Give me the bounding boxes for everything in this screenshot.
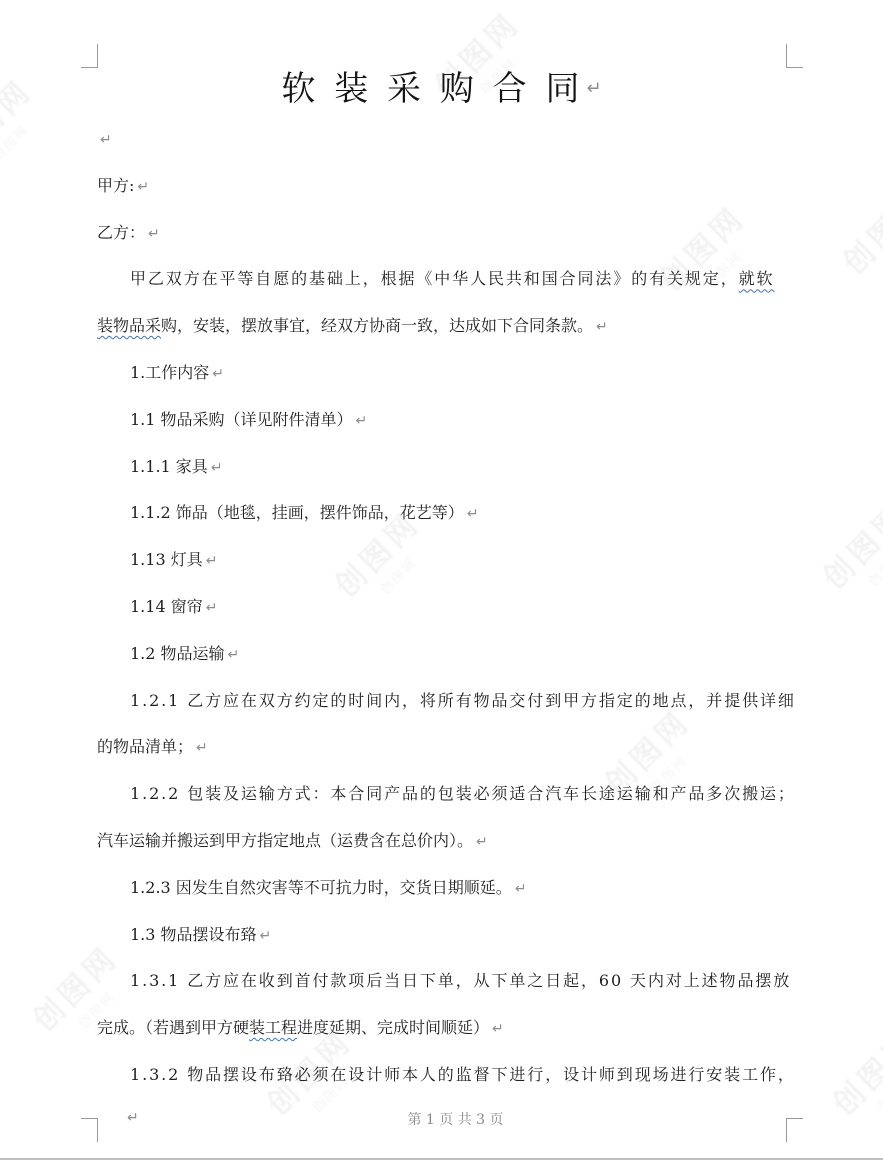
text-line: 1.工作内容↵ <box>97 350 797 397</box>
paragraph-mark-icon: ↵ <box>206 553 218 569</box>
paragraph-mark-icon: ↵ <box>586 78 601 99</box>
watermark: 创图网创图网 <box>831 177 883 296</box>
text-line: 汽车运输并搬运到甲方指定地点（运费含在总价内）。↵ <box>97 818 797 865</box>
watermark-text: 创图网 <box>831 177 883 282</box>
paragraph-mark-icon: ↵ <box>137 179 149 195</box>
text-segment: 1.2 物品运输 <box>130 644 225 663</box>
line-segments: 装物品采购，安装，摆放事宜，经双方协商一致，达成如下合同条款。 <box>97 316 593 335</box>
page-number-label: 第 1 页 共 3 页 <box>407 1112 503 1128</box>
line-segments: 1.1.2 饰品（地毯，挂画，摆件饰品，花艺等） <box>130 503 464 522</box>
text-line: 1.13 灯具↵ <box>97 537 797 584</box>
text-segment: 1.3.1 乙方应在收到首付款项后当日下单，从下单之日起，60 天内对上述物品摆… <box>130 971 791 990</box>
page-bottom-edge <box>0 1158 883 1160</box>
text-line: 甲乙双方在平等自愿的基础上，根据《中华人民共和国合同法》的有关规定，就软 <box>97 256 797 303</box>
line-segments: 1.工作内容 <box>130 363 209 382</box>
watermark: 创图网创图网 <box>811 492 883 611</box>
document-title: 软 装 采 购 合 同↵ <box>0 68 883 110</box>
text-segment: 1.1.2 饰品（地毯，挂画，摆件饰品，花艺等） <box>130 503 464 522</box>
misspelling-segment: 装物品采 <box>97 316 161 335</box>
text-line: 1.1.2 饰品（地毯，挂画，摆件饰品，花艺等）↵ <box>97 490 797 537</box>
text-line: 的物品清单；↵ <box>97 724 797 771</box>
line-segments: 1.3.1 乙方应在收到首付款项后当日下单，从下单之日起，60 天内对上述物品摆… <box>130 971 791 990</box>
paragraph-mark-icon: ↵ <box>356 413 368 429</box>
watermark-subtext: 创图网 <box>862 208 883 296</box>
text-segment: 1.2.3 因发生自然灾害等不可抗力时，交货日期顺延。 <box>130 878 512 897</box>
paragraph-mark-icon: ↵ <box>212 366 224 382</box>
text-segment: 1.2.2 包装及运输方式：本合同产品的包装必须适合汽车长途运输和产品多次搬运； <box>130 784 796 803</box>
text-line: 1.2 物品运输↵ <box>97 631 797 678</box>
text-segment: 汽车运输并搬运到甲方指定地点（运费含在总价内）。 <box>97 831 473 850</box>
document-title-text: 软 装 采 购 合 同 <box>281 69 583 109</box>
line-segments: 乙方： <box>97 223 145 242</box>
page-footer: 第 1 页 共 3 页 <box>0 1107 883 1133</box>
paragraph-mark-icon: ↵ <box>211 460 223 476</box>
text-line: ↵ <box>97 116 797 163</box>
paragraph-mark-icon: ↵ <box>515 881 527 897</box>
text-segment: 1.1.1 家具 <box>130 457 208 476</box>
text-segment: 甲乙双方在平等自愿的基础上，根据《中华人民共和国合同法》的有关规定， <box>130 269 739 288</box>
text-line: 1.2.1 乙方应在双方约定的时间内，将所有物品交付到甲方指定的地点，并提供详细 <box>97 678 797 725</box>
text-line: 1.2.2 包装及运输方式：本合同产品的包装必须适合汽车长途运输和产品多次搬运； <box>97 771 797 818</box>
text-segment: 甲方: <box>97 176 134 195</box>
line-segments: 完成。（若遇到甲方硬装工程进度延期、完成时间顺延） <box>97 1018 489 1037</box>
line-segments: 1.2.2 包装及运输方式：本合同产品的包装必须适合汽车长途运输和产品多次搬运； <box>130 784 796 803</box>
line-segments: 1.13 灯具 <box>130 550 203 569</box>
paragraph-mark-icon: ↵ <box>596 319 608 335</box>
crop-mark-top-right <box>786 44 803 68</box>
text-segment: 完成。（若遇到甲方硬 <box>97 1018 249 1037</box>
line-segments: 甲乙双方在平等自愿的基础上，根据《中华人民共和国合同法》的有关规定，就软 <box>130 269 774 288</box>
line-segments: 1.1 物品采购（详见附件清单） <box>130 410 353 429</box>
misspelling-segment: 装工程 <box>249 1018 297 1037</box>
text-line: 1.1 物品采购（详见附件清单）↵ <box>97 397 797 444</box>
watermark-text: 创图网 <box>811 492 883 597</box>
line-segments: 的物品清单； <box>97 737 193 756</box>
line-segments: 1.1.1 家具 <box>130 457 208 476</box>
text-line: 乙方：↵ <box>97 210 797 257</box>
paragraph-mark-icon: ↵ <box>492 1021 504 1037</box>
text-segment: 购，安装，摆放事宜，经双方协商一致，达成如下合同条款。 <box>161 316 593 335</box>
paragraph-mark-icon: ↵ <box>260 928 272 944</box>
misspelling-segment: 就软 <box>739 269 775 288</box>
text-segment: 的物品清单； <box>97 737 193 756</box>
watermark-subtext: 创图网 <box>0 98 54 186</box>
text-line: 1.2.3 因发生自然灾害等不可抗力时，交货日期顺延。↵ <box>97 865 797 912</box>
text-segment: 1.2.1 乙方应在双方约定的时间内，将所有物品交付到甲方指定的地点，并提供详细 <box>130 691 796 710</box>
line-segments: 汽车运输并搬运到甲方指定地点（运费含在总价内）。 <box>97 831 473 850</box>
text-segment: 进度延期、完成时间顺延） <box>297 1018 489 1037</box>
text-line: 1.14 窗帘↵ <box>97 584 797 631</box>
line-segments: 1.2 物品运输 <box>130 644 225 663</box>
document-page: 创图网创图网 创图网创图网 创图网创图网 创图网创图网 创图网创图网 创图网创图… <box>0 0 883 1164</box>
paragraph-mark-icon: ↵ <box>196 740 208 756</box>
text-segment: 1.1 物品采购（详见附件清单） <box>130 410 353 429</box>
text-segment: 1.3.2 物品摆设布臵必须在设计师本人的监督下进行，设计师到现场进行安装工作， <box>130 1065 796 1084</box>
text-segment: 1.工作内容 <box>130 363 209 382</box>
text-line: 甲方:↵ <box>97 163 797 210</box>
line-segments: 甲方: <box>97 176 134 195</box>
text-line: 装物品采购，安装，摆放事宜，经双方协商一致，达成如下合同条款。↵ <box>97 303 797 350</box>
paragraph-mark-icon: ↵ <box>148 226 160 242</box>
text-line: 1.1.1 家具↵ <box>97 444 797 491</box>
text-line: 1.3.2 物品摆设布臵必须在设计师本人的监督下进行，设计师到现场进行安装工作， <box>97 1052 797 1099</box>
text-line: 1.3.1 乙方应在收到首付款项后当日下单，从下单之日起，60 天内对上述物品摆… <box>97 958 797 1005</box>
line-segments: 1.2.1 乙方应在双方约定的时间内，将所有物品交付到甲方指定的地点，并提供详细 <box>130 691 796 710</box>
paragraph-mark-icon: ↵ <box>228 647 240 663</box>
paragraph-mark-icon: ↵ <box>206 600 218 616</box>
paragraph-mark-icon: ↵ <box>476 834 488 850</box>
line-segments: 1.3 物品摆设布臵 <box>130 925 257 944</box>
crop-mark-top-left <box>81 44 98 68</box>
text-segment: 1.13 灯具 <box>130 550 203 569</box>
text-segment: 1.3 物品摆设布臵 <box>130 925 257 944</box>
line-segments: 1.2.3 因发生自然灾害等不可抗力时，交货日期顺延。 <box>130 878 512 897</box>
text-line: 1.3 物品摆设布臵↵ <box>97 912 797 959</box>
watermark-subtext: 创图网 <box>842 523 883 611</box>
line-segments: 1.3.2 物品摆设布臵必须在设计师本人的监督下进行，设计师到现场进行安装工作， <box>130 1065 796 1084</box>
text-line: 完成。（若遇到甲方硬装工程进度延期、完成时间顺延）↵ <box>97 1005 797 1052</box>
text-segment: 1.14 窗帘 <box>130 597 203 616</box>
paragraph-mark-icon: ↵ <box>467 506 479 522</box>
document-body: ↵甲方:↵乙方：↵甲乙双方在平等自愿的基础上，根据《中华人民共和国合同法》的有关… <box>97 116 797 1099</box>
line-segments: 1.14 窗帘 <box>130 597 203 616</box>
text-segment: 乙方： <box>97 223 145 242</box>
paragraph-mark-icon: ↵ <box>100 132 112 148</box>
